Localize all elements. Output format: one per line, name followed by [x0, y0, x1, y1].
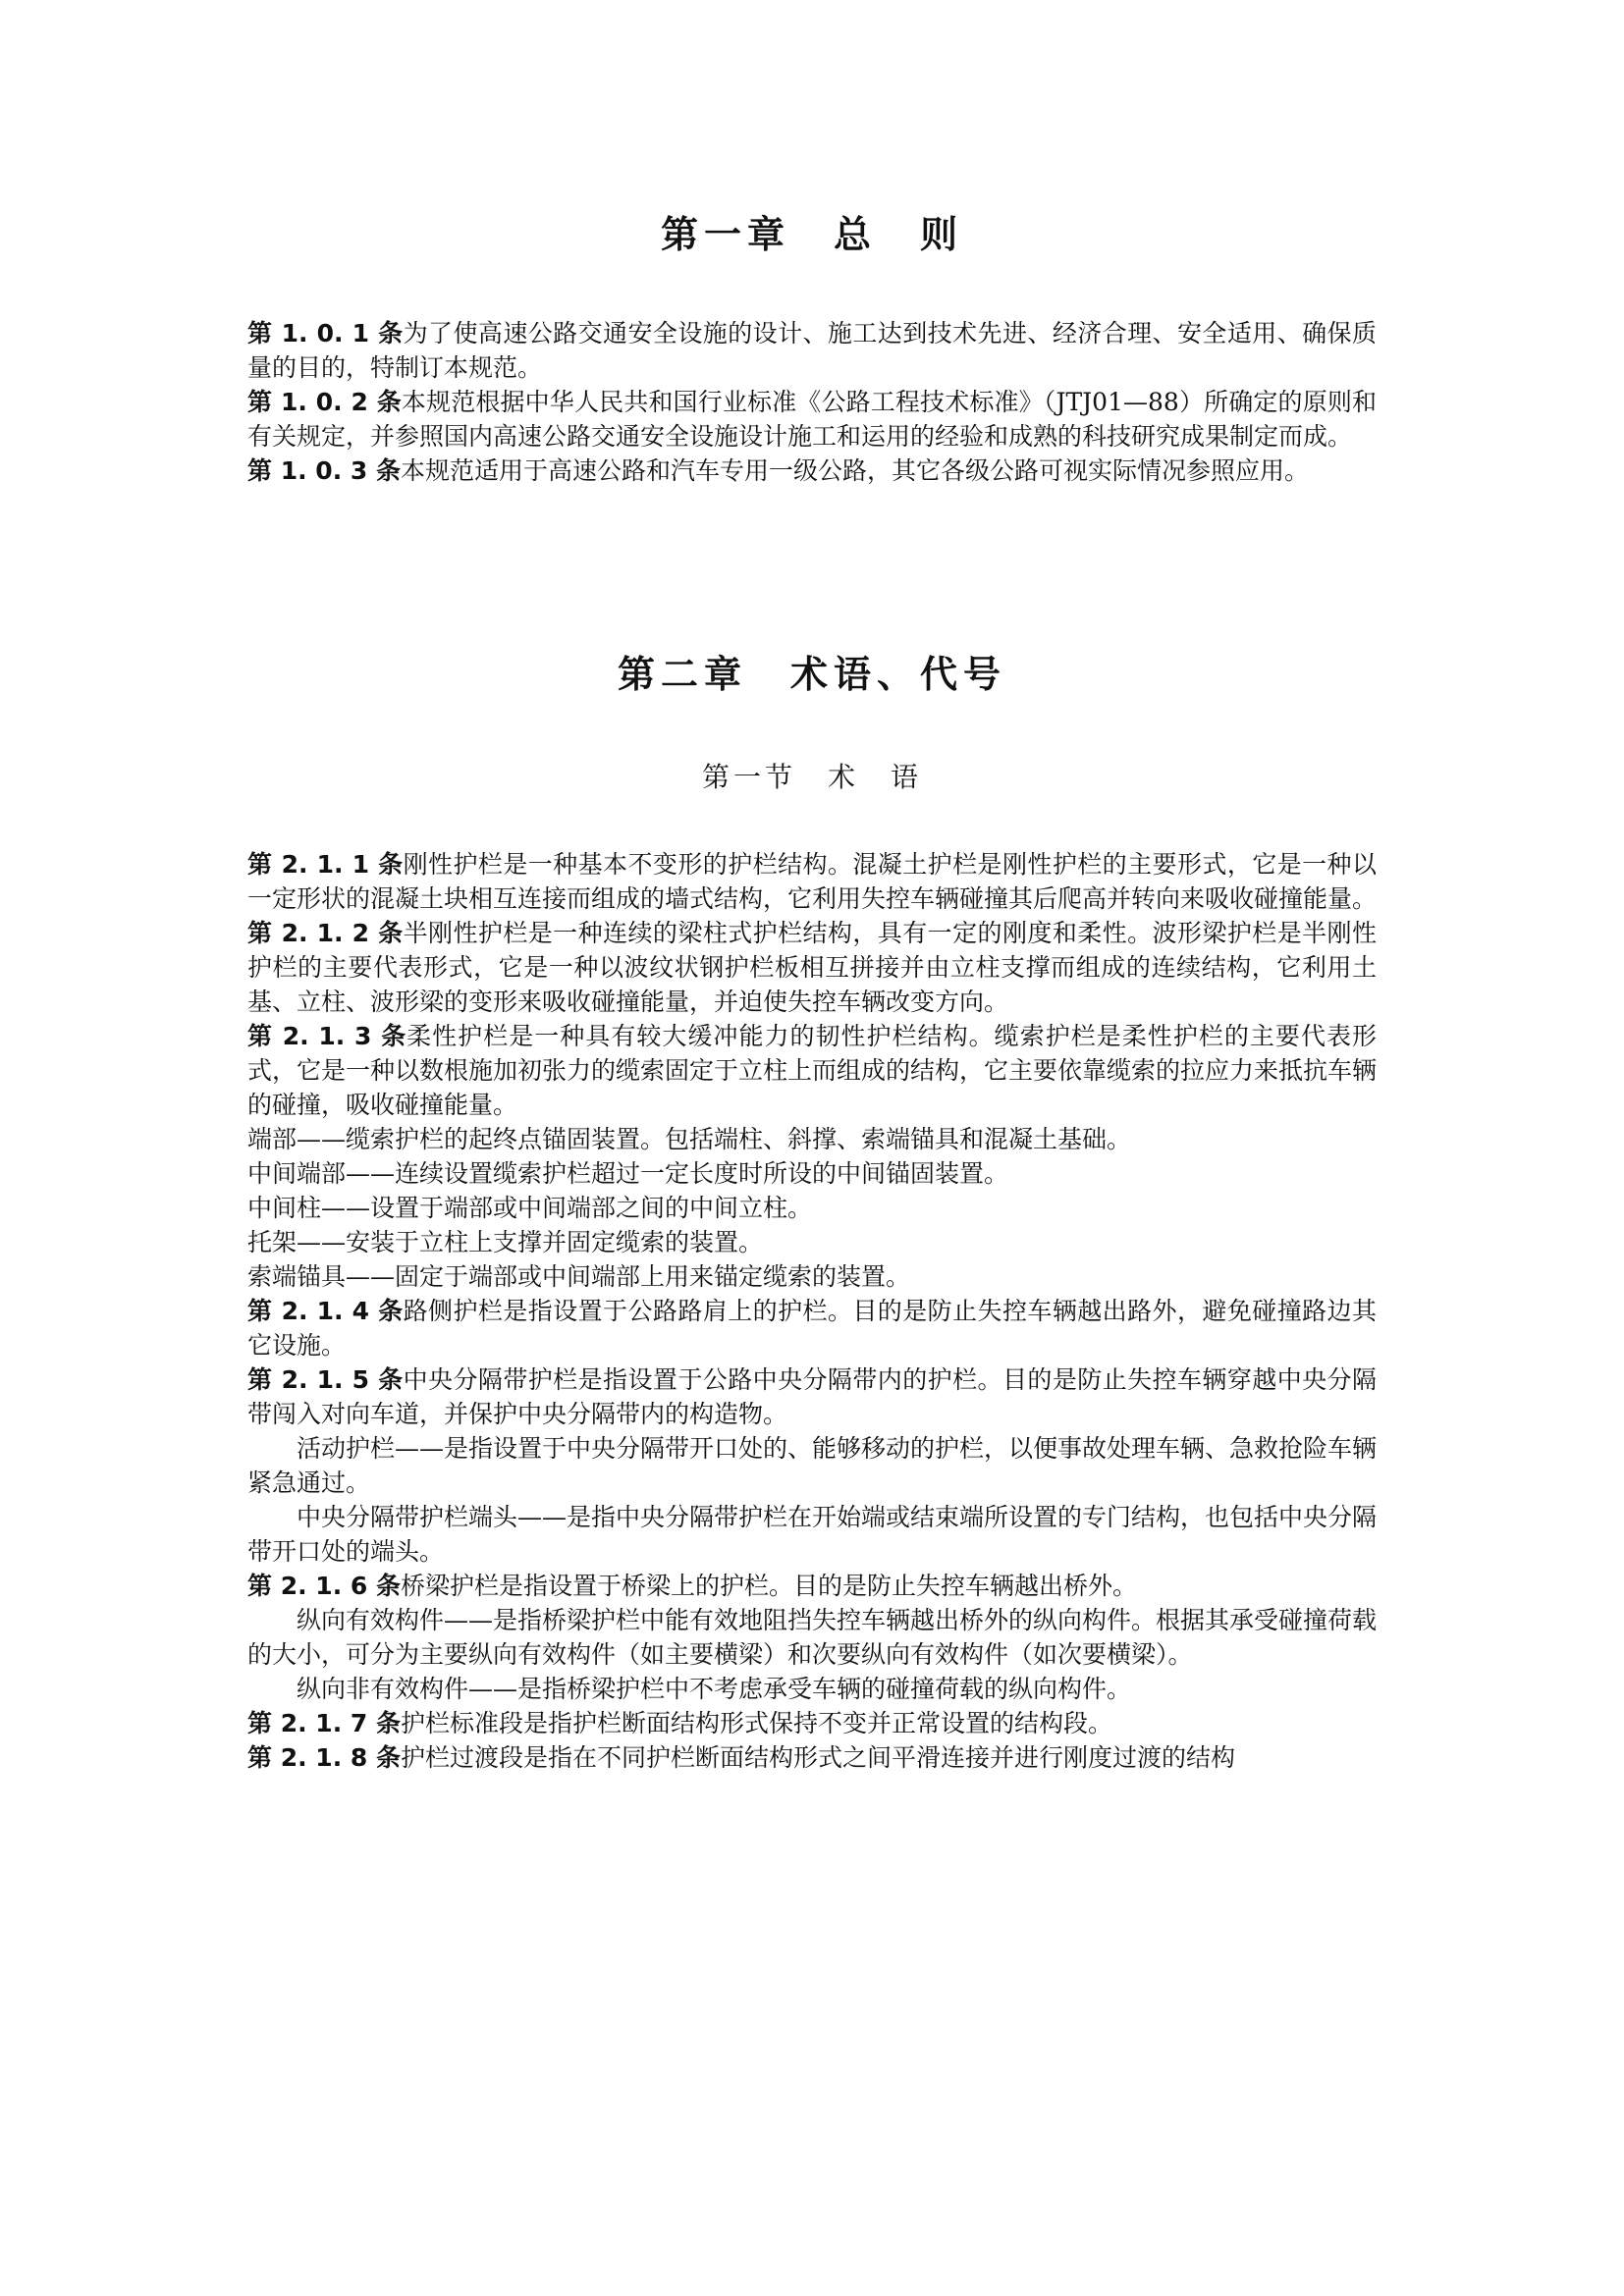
chapter-1-body: 第 1. 0. 1 条为了使高速公路交通安全设施的设计、施工达到技术先进、经济合… — [247, 316, 1377, 488]
article-text: 为了使高速公路交通安全设施的设计、施工达到技术先进、经济合理、安全适用、确保质量… — [247, 319, 1377, 382]
article-number: 第 1. 0. 1 条 — [247, 319, 404, 347]
article-2-1-1: 第 2. 1. 1 条刚性护栏是一种基本不变形的护栏结构。混凝土护栏是刚性护栏的… — [247, 847, 1377, 916]
section-1-title: 第一节 术 语 — [247, 756, 1377, 795]
article-text: 本规范根据中华人民共和国行业标准《公路工程技术标准》（JTJ01—88）所确定的… — [247, 388, 1377, 451]
term-definition: 中间端部——连续设置缆索护栏超过一定长度时所设的中间锚固装置。 — [247, 1156, 1377, 1191]
term-definition: 端部——缆索护栏的起终点锚固装置。包括端柱、斜撑、索端锚具和混凝土基础。 — [247, 1122, 1377, 1156]
article-number: 第 2. 1. 8 条 — [247, 1743, 401, 1772]
chapter-2-body: 第 2. 1. 1 条刚性护栏是一种基本不变形的护栏结构。混凝土护栏是刚性护栏的… — [247, 847, 1377, 1775]
article-1-0-2: 第 1. 0. 2 条本规范根据中华人民共和国行业标准《公路工程技术标准》（JT… — [247, 385, 1377, 454]
article-2-1-7: 第 2. 1. 7 条护栏标准段是指护栏断面结构形式保持不变并正常设置的结构段。 — [247, 1706, 1377, 1740]
article-number: 第 2. 1. 5 条 — [247, 1365, 404, 1394]
article-text: 半刚性护栏是一种连续的梁柱式护栏结构，具有一定的刚度和柔性。波形梁护栏是半刚性护… — [247, 919, 1377, 1016]
term-definition: 纵向非有效构件——是指桥梁护栏中不考虑承受车辆的碰撞荷载的纵向构件。 — [247, 1672, 1377, 1706]
article-number: 第 2. 1. 2 条 — [247, 919, 404, 947]
article-2-1-3: 第 2. 1. 3 条柔性护栏是一种具有较大缓冲能力的韧性护栏结构。缆索护栏是柔… — [247, 1019, 1377, 1122]
term-definition: 托架——安装于立柱上支撑并固定缆索的装置。 — [247, 1225, 1377, 1259]
chapter-2-title: 第二章 术语、代号 — [247, 644, 1377, 698]
article-number: 第 2. 1. 7 条 — [247, 1709, 401, 1737]
article-1-0-1: 第 1. 0. 1 条为了使高速公路交通安全设施的设计、施工达到技术先进、经济合… — [247, 316, 1377, 385]
article-text: 桥梁护栏是指设置于桥梁上的护栏。目的是防止失控车辆越出桥外。 — [401, 1572, 1137, 1600]
article-1-0-3: 第 1. 0. 3 条本规范适用于高速公路和汽车专用一级公路，其它各级公路可视实… — [247, 454, 1377, 488]
article-number: 第 2. 1. 4 条 — [247, 1297, 404, 1325]
article-2-1-4: 第 2. 1. 4 条路侧护栏是指设置于公路路肩上的护栏。目的是防止失控车辆越出… — [247, 1294, 1377, 1362]
article-text: 刚性护栏是一种基本不变形的护栏结构。混凝土护栏是刚性护栏的主要形式，它是一种以一… — [247, 850, 1377, 913]
article-text: 路侧护栏是指设置于公路路肩上的护栏。目的是防止失控车辆越出路外，避免碰撞路边其它… — [247, 1297, 1377, 1360]
term-definition: 纵向有效构件——是指桥梁护栏中能有效地阻挡失控车辆越出桥外的纵向构件。根据其承受… — [247, 1603, 1377, 1672]
article-text: 护栏标准段是指护栏断面结构形式保持不变并正常设置的结构段。 — [401, 1709, 1112, 1737]
article-number: 第 1. 0. 3 条 — [247, 456, 401, 485]
article-text: 柔性护栏是一种具有较大缓冲能力的韧性护栏结构。缆索护栏是柔性护栏的主要代表形式，… — [247, 1022, 1377, 1119]
term-definition: 活动护栏——是指设置于中央分隔带开口处的、能够移动的护栏，以便事故处理车辆、急救… — [247, 1431, 1377, 1500]
article-2-1-8: 第 2. 1. 8 条护栏过渡段是指在不同护栏断面结构形式之间平滑连接并进行刚度… — [247, 1740, 1377, 1775]
chapter-1-title: 第一章 总 则 — [247, 204, 1377, 258]
term-definition: 中央分隔带护栏端头——是指中央分隔带护栏在开始端或结束端所设置的专门结构，也包括… — [247, 1500, 1377, 1569]
article-text: 中央分隔带护栏是指设置于公路中央分隔带内的护栏。目的是防止失控车辆穿越中央分隔带… — [247, 1365, 1377, 1428]
article-number: 第 2. 1. 6 条 — [247, 1572, 401, 1600]
article-number: 第 1. 0. 2 条 — [247, 388, 402, 416]
article-2-1-6: 第 2. 1. 6 条桥梁护栏是指设置于桥梁上的护栏。目的是防止失控车辆越出桥外… — [247, 1569, 1377, 1603]
term-definition: 索端锚具——固定于端部或中间端部上用来锚定缆索的装置。 — [247, 1259, 1377, 1294]
article-number: 第 2. 1. 1 条 — [247, 850, 404, 879]
article-2-1-5: 第 2. 1. 5 条中央分隔带护栏是指设置于公路中央分隔带内的护栏。目的是防止… — [247, 1362, 1377, 1431]
article-text: 护栏过渡段是指在不同护栏断面结构形式之间平滑连接并进行刚度过渡的结构 — [401, 1743, 1235, 1772]
article-2-1-2: 第 2. 1. 2 条半刚性护栏是一种连续的梁柱式护栏结构，具有一定的刚度和柔性… — [247, 916, 1377, 1019]
article-text: 本规范适用于高速公路和汽车专用一级公路，其它各级公路可视实际情况参照应用。 — [401, 456, 1309, 485]
article-number: 第 2. 1. 3 条 — [247, 1022, 406, 1050]
term-definition: 中间柱——设置于端部或中间端部之间的中间立柱。 — [247, 1191, 1377, 1225]
